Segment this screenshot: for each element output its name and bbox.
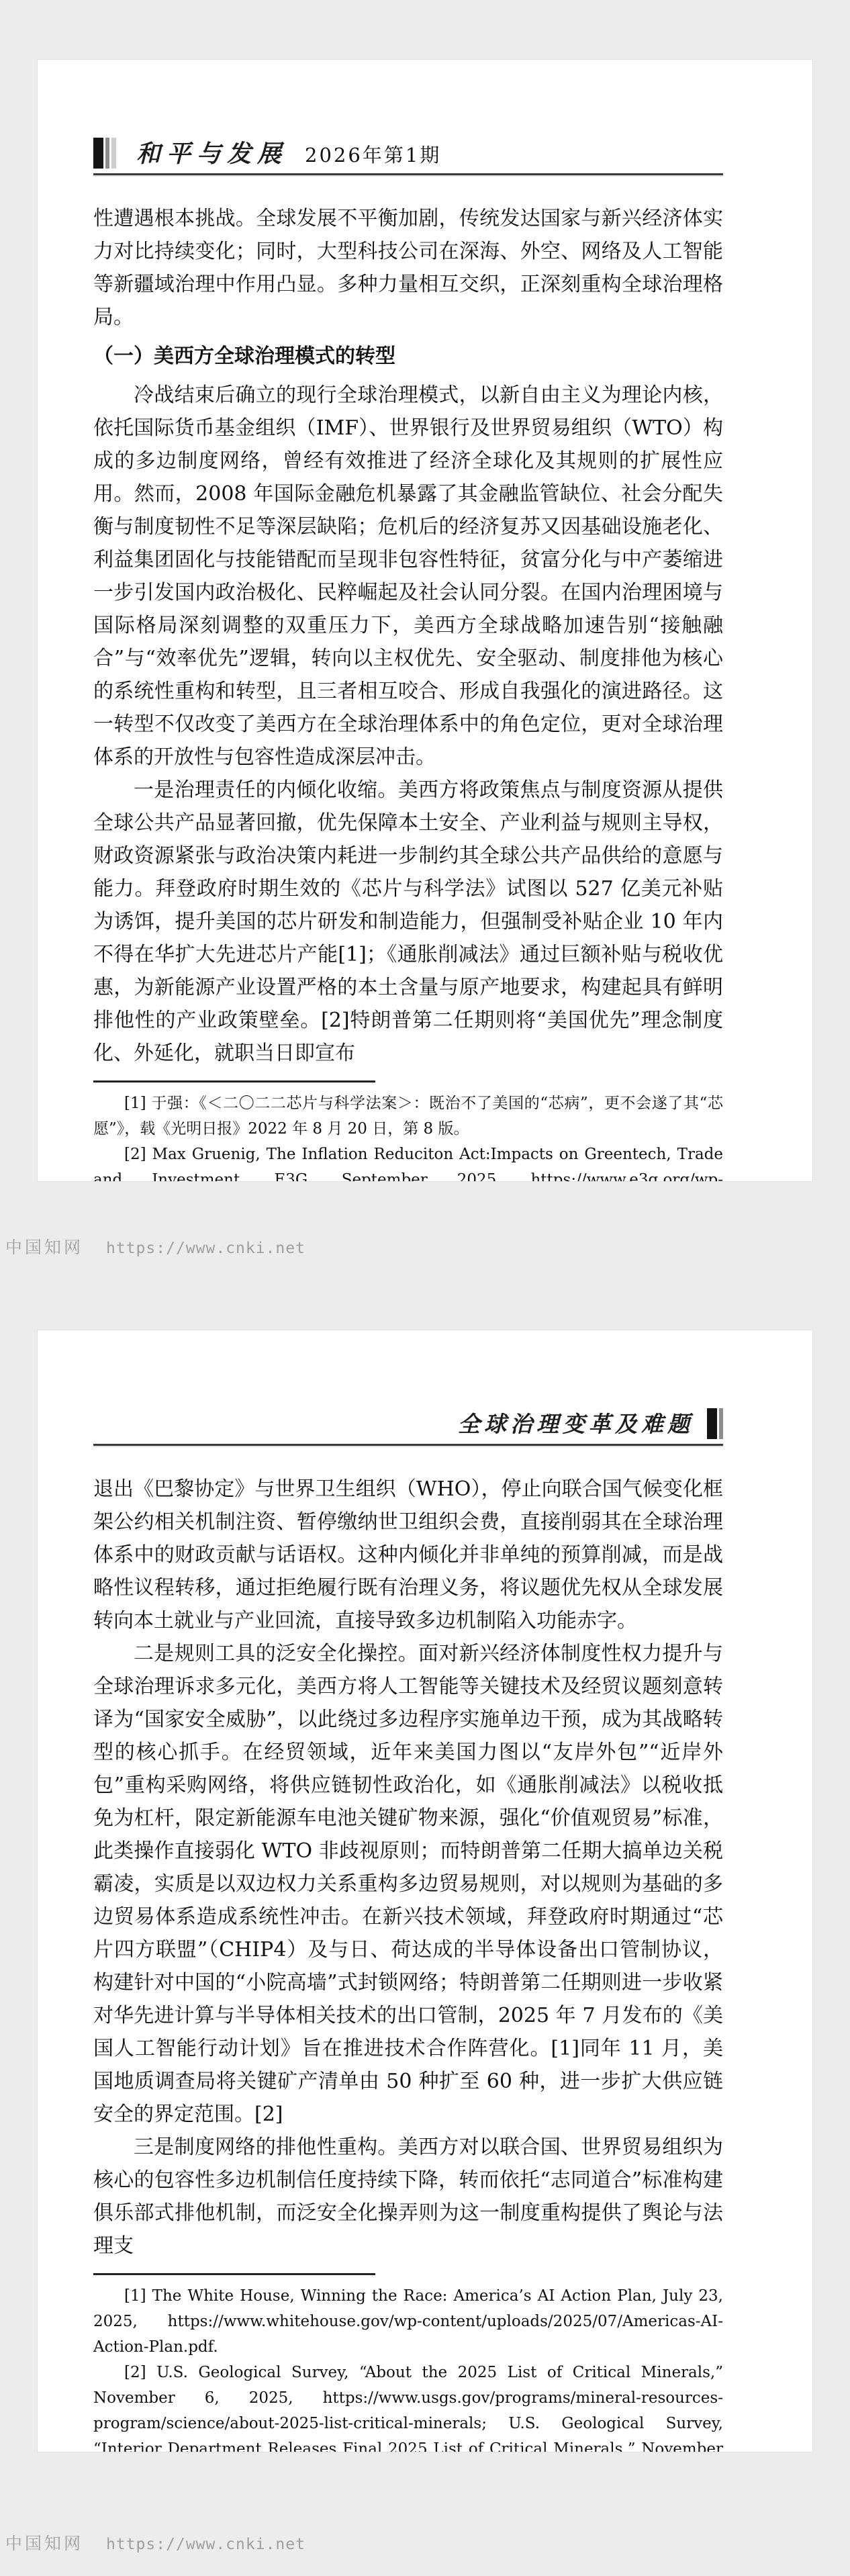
journal-issue-label: 2026年第1期 [305,142,441,169]
footnote: [2] Max Gruenig, The Inflation Reduciton… [93,1142,723,1182]
article-title-header: 全球治理变革及难题 [458,1410,694,1439]
header-bar-marker-icon [707,1408,723,1439]
cnki-url-label: https://www.cnki.net [106,2536,305,2553]
page-25-running-header: 全球治理变革及难题 [93,1408,723,1446]
page-24-footnotes: [1] 于强：《＜二〇二二芯片与科学法案＞：既治不了美国的“芯病”，更不会遂了其… [93,1091,723,1182]
page-25-footnotes: [1] The White House, Winning the Race: A… [93,2283,723,2452]
footnote: [1] 于强：《＜二〇二二芯片与科学法案＞：既治不了美国的“芯病”，更不会遂了其… [93,1091,723,1142]
journal-title: 和平与发展 [136,139,287,169]
journal-page-24: 和平与发展 2026年第1期 性遭遇根本挑战。全球发展不平衡加剧，传统发达国家与… [37,59,813,1182]
journal-page-25: 全球治理变革及难题 退出《巴黎协定》与世界卫生组织（WHO），停止向联合国气候变… [37,1330,813,2452]
header-light-bar [111,138,116,169]
body-paragraph: （一）美西方全球治理模式的转型 [93,340,723,373]
body-paragraph: 性遭遇根本挑战。全球发展不平衡加剧，传统发达国家与新兴经济体实力对比持续变化；同… [93,202,723,334]
page-25-body-text: 退出《巴黎协定》与世界卫生组织（WHO），停止向联合国气候变化框架公约相关机制注… [93,1473,723,2262]
header-gray-bar [719,1408,723,1439]
header-gray-bar [105,138,109,169]
body-paragraph: 冷战结束后确立的现行全球治理模式，以新自由主义为理论内核，依托国际货币基金组织（… [93,379,723,774]
footnote: [2] U.S. Geological Survey, “About the 2… [93,2360,723,2452]
body-paragraph: 退出《巴黎协定》与世界卫生组织（WHO），停止向联合国气候变化框架公约相关机制注… [93,1473,723,1637]
page-24-running-header: 和平与发展 2026年第1期 [93,138,723,175]
page-25-content: 全球治理变革及难题 退出《巴黎协定》与世界卫生组织（WHO），停止向联合国气候变… [93,1408,723,2452]
cnki-url-label: https://www.cnki.net [106,1240,305,1257]
document-viewer-canvas: 和平与发展 2026年第1期 性遭遇根本挑战。全球发展不平衡加剧，传统发达国家与… [0,0,850,2576]
cnki-brand-label: 中国知网 [5,1234,83,1258]
cnki-brand-label: 中国知网 [5,2530,83,2555]
cnki-watermark-top: 中国知网 https://www.cnki.net [5,1234,305,1258]
footnote: [1] The White House, Winning the Race: A… [93,2283,723,2360]
header-black-bar [707,1408,717,1439]
body-paragraph: 二是规则工具的泛安全化操控。面对新兴经济体制度性权力提升与全球治理诉求多元化，美… [93,1637,723,2131]
page-24-content: 和平与发展 2026年第1期 性遭遇根本挑战。全球发展不平衡加剧，传统发达国家与… [93,138,723,1182]
page-24-body-text: 性遭遇根本挑战。全球发展不平衡加剧，传统发达国家与新兴经济体实力对比持续变化；同… [93,202,723,1070]
header-black-bar [93,138,103,169]
body-paragraph: 三是制度网络的排他性重构。美西方对以联合国、世界贸易组织为核心的包容性多边机制信… [93,2131,723,2262]
footnote-separator [93,2273,375,2275]
body-paragraph: 一是治理责任的内倾化收缩。美西方将政策焦点与制度资源从提供全球公共产品显著回撤，… [93,774,723,1070]
footnote-separator [93,1080,375,1083]
cnki-watermark-bottom: 中国知网 https://www.cnki.net [5,2530,305,2555]
header-bar-marker-icon [93,138,116,169]
